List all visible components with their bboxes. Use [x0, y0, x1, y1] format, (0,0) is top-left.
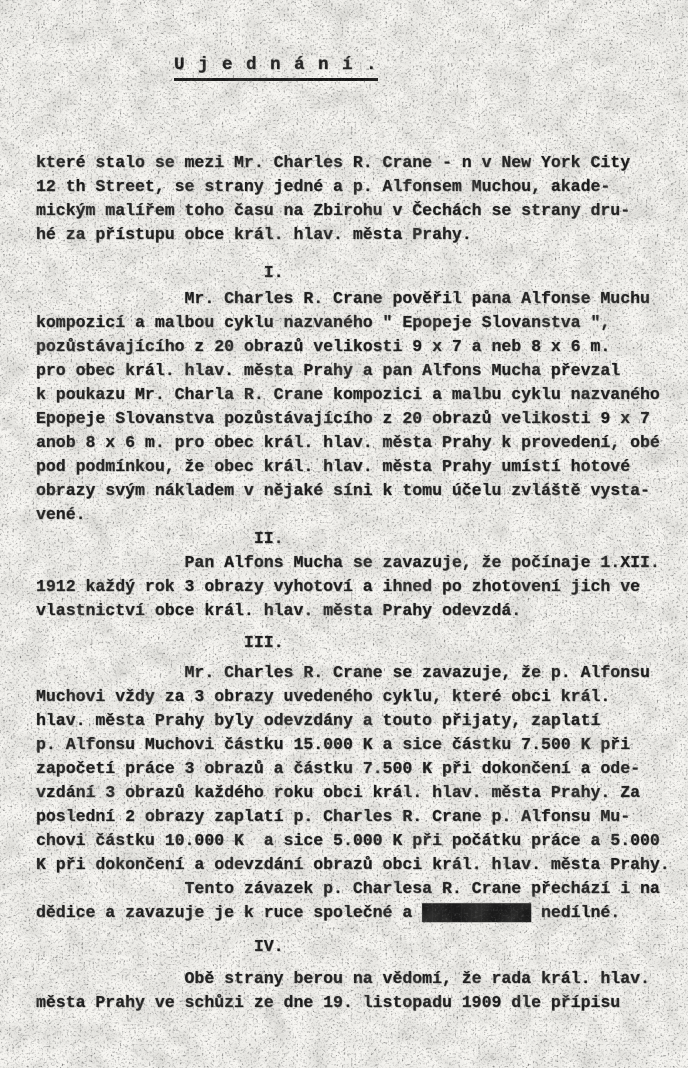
text-line: chovi částku 10.000 K a sice 5.000 K při… [36, 829, 682, 853]
text-line: započetí práce 3 obrazů a částku 7.500 K… [36, 757, 682, 781]
text-line: které stalo se mezi Mr. Charles R. Crane… [36, 151, 682, 175]
text-line: vzdání 3 obrazů každého roku obci král. … [36, 781, 682, 805]
section-heading: II. [36, 527, 682, 551]
paragraph: Mr. Charles R. Crane pověřil pana Alfons… [36, 287, 682, 527]
text-line: Epopeje Slovanstva pozůstávajícího z 20 … [36, 407, 682, 431]
text-line: dědice a zavazuje je k ruce společné a █… [36, 901, 682, 925]
section-heading: IV. [36, 935, 682, 959]
document-page: U j e d n á n í . které stalo se mezi Mr… [0, 0, 688, 1068]
paragraph: Pan Alfons Mucha se zavazuje, že počínaj… [36, 551, 682, 623]
section-3: III. Mr. Charles R. Crane se zavazuje, ž… [36, 631, 682, 925]
section-1: I. Mr. Charles R. Crane pověřil pana Alf… [36, 261, 682, 527]
text-line: Pan Alfons Mucha se zavazuje, že počínaj… [36, 551, 682, 575]
text-line: pro obec král. hlav. města Prahy a pan A… [36, 359, 682, 383]
section-heading: I. [36, 261, 682, 285]
text-line: anob 8 x 6 m. pro obec král. hlav. města… [36, 431, 682, 455]
intro-paragraph: které stalo se mezi Mr. Charles R. Crane… [36, 151, 682, 247]
text-line: Mr. Charles R. Crane se zavazuje, že p. … [36, 661, 682, 685]
text-line: města Prahy ve schůzi ze dne 19. listopa… [36, 991, 682, 1015]
scanned-document: { "colors": { "paper": "#f6f5f1", "ink":… [0, 0, 688, 1068]
text-line: p. Alfonsu Muchovi částku 15.000 K a sic… [36, 733, 682, 757]
text-line: vlastnictví obce král. hlav. města Prahy… [36, 599, 682, 623]
text-line: obrazy svým nákladem v nějaké síni k tom… [36, 479, 682, 503]
paragraph: Mr. Charles R. Crane se zavazuje, že p. … [36, 661, 682, 925]
document-title: U j e d n á n í . [174, 54, 378, 81]
text-line: Mr. Charles R. Crane pověřil pana Alfons… [36, 287, 682, 311]
text-line: Tento závazek p. Charlesa R. Crane přech… [36, 877, 682, 901]
text-line: hlav. města Prahy byly odevzdány a touto… [36, 709, 682, 733]
section-2: II. Pan Alfons Mucha se zavazuje, že poč… [36, 527, 682, 623]
text-line: mickým malířem toho času na Zbirohu v Če… [36, 199, 682, 223]
text-line: 12 th Street, se strany jedné a p. Alfon… [36, 175, 682, 199]
text-line: hé za přístupu obce král. hlav. města Pr… [36, 223, 682, 247]
text-line: k poukazu Mr. Charla R. Crane kompozici … [36, 383, 682, 407]
text-line: Obě strany berou na vědomí, že rada král… [36, 967, 682, 991]
text-line: 1912 každý rok 3 obrazy vyhotoví a ihned… [36, 575, 682, 599]
text-line: poslední 2 obrazy zaplatí p. Charles R. … [36, 805, 682, 829]
text-line: Muchovi vždy za 3 obrazy uvedeného cyklu… [36, 685, 682, 709]
section-4: IV. Obě strany berou na vědomí, že rada … [36, 935, 682, 1015]
title-row: U j e d n á n í . [174, 54, 682, 81]
text-line: pozůstávajícího z 20 obrazů velikosti 9 … [36, 335, 682, 359]
section-heading: III. [36, 631, 682, 655]
text-line: kompozicí a malbou cyklu nazvaného " Epo… [36, 311, 682, 335]
text-line: pod podmínkou, že obec král. hlav. města… [36, 455, 682, 479]
text-line: vené. [36, 503, 682, 527]
paragraph: Obě strany berou na vědomí, že rada král… [36, 967, 682, 1015]
text-line: K při dokončení a odevzdání obrazů obci … [36, 853, 682, 877]
